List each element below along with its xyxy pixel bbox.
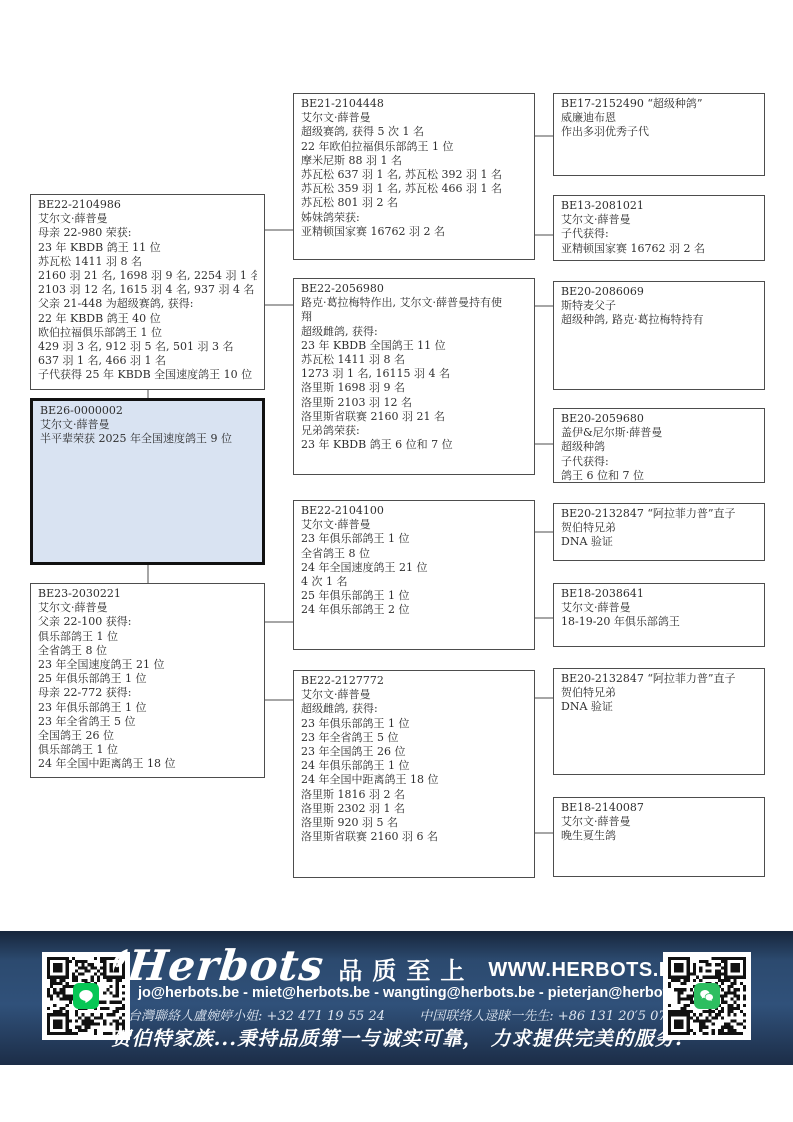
pedigree-box-ggp-8: BE18-2140087艾尔文·薛普曼晚生夏生鸽 <box>553 797 765 877</box>
pedigree-text-line: 母亲 22-980 荣获: <box>38 226 257 240</box>
pedigree-text-line: 24 年全国中距离鸽王 18 位 <box>301 773 527 787</box>
pedigree-text-line: 洛里斯 920 羽 5 名 <box>301 816 527 830</box>
pedigree-text-line: 晚生夏生鸽 <box>561 829 757 843</box>
pedigree-text-line: 2160 羽 21 名, 1698 羽 9 名, 2254 羽 1 名, <box>38 269 257 283</box>
pedigree-text-line: 苏瓦松 1411 羽 8 名 <box>301 353 527 367</box>
pedigree-text-line: 作出多羽优秀子代 <box>561 125 757 139</box>
pedigree-text-line: BE22-2104100 <box>301 504 527 518</box>
pedigree-text-line: BE20-2132847 “阿拉菲力普”直子 <box>561 507 757 521</box>
footer-banner: Herbots 品质至上 WWW.HERBOTS.BE jo@herbots.b… <box>0 931 793 1065</box>
pedigree-text-line: 母亲 22-772 获得: <box>38 686 257 700</box>
pedigree-box-granddam-maternal: BE22-2127772艾尔文·薛普曼超级雌鸽, 获得:23 年俱乐部鸽王 1 … <box>293 670 535 878</box>
pedigree-text-line: 欧伯拉福俱乐部鸽王 1 位 <box>38 326 257 340</box>
pedigree-box-father: BE22-2104986艾尔文·薛普曼母亲 22-980 荣获:23 年 KBD… <box>30 194 265 390</box>
pedigree-box-ggp-5: BE20-2132847 “阿拉菲力普”直子贺伯特兄弟DNA 验证 <box>553 503 765 561</box>
pedigree-text-line: 23 年全国速度鸽王 21 位 <box>38 658 257 672</box>
pedigree-text-line: BE18-2038641 <box>561 587 757 601</box>
footer-center-block: Herbots 品质至上 WWW.HERBOTS.BE jo@herbots.b… <box>138 931 658 1065</box>
pedigree-text-line: 俱乐部鸽王 1 位 <box>38 743 257 757</box>
pedigree-text-line: 22 年欧伯拉福俱乐部鸽王 1 位 <box>301 140 527 154</box>
pedigree-text-line: 洛里斯 1816 羽 2 名 <box>301 788 527 802</box>
pedigree-text-line: 24 年全国速度鸽王 21 位 <box>301 561 527 575</box>
pedigree-text-line: BE26-0000002 <box>40 404 255 418</box>
pedigree-text-line: 父亲 22-100 获得: <box>38 615 257 629</box>
footer-website: WWW.HERBOTS.BE <box>488 949 687 982</box>
pedigree-text-line: 637 羽 1 名, 466 羽 1 名 <box>38 354 257 368</box>
pedigree-text-line: 2103 羽 12 名, 1615 羽 4 名, 937 羽 4 名 <box>38 283 257 297</box>
pedigree-text-line: 盖伊&尼尔斯·薛普曼 <box>561 426 757 440</box>
pedigree-text-line: 25 年俱乐部鸽王 1 位 <box>301 589 527 603</box>
pedigree-text-line: 23 年全省鸽王 5 位 <box>38 715 257 729</box>
pedigree-text-line: BE21-2104448 <box>301 97 527 111</box>
pedigree-text-line: BE17-2152490 “超级种鸽” <box>561 97 757 111</box>
pedigree-text-line: 洛里斯 2103 羽 12 名 <box>301 396 527 410</box>
pedigree-text-line: 鸽王 6 位和 7 位 <box>561 469 757 483</box>
pedigree-text-line: 半平辈荣获 2025 年全国速度鸽王 9 位 <box>40 432 255 446</box>
pedigree-text-line: 亚精顿国家赛 16762 羽 2 名 <box>301 225 527 239</box>
qr-code-wechat <box>663 952 751 1040</box>
pedigree-text-line: BE20-2059680 <box>561 412 757 426</box>
pedigree-text-line: 苏瓦松 637 羽 1 名, 苏瓦松 392 羽 1 名 <box>301 168 527 182</box>
pedigree-box-grandsire-paternal: BE21-2104448艾尔文·薛普曼超级赛鸽, 获得 5 次 1 名22 年欧… <box>293 93 535 260</box>
pedigree-box-ggp-1: BE17-2152490 “超级种鸽”威廉迪布恩作出多羽优秀子代 <box>553 93 765 176</box>
pedigree-text-line: 姊妹鸽荣获: <box>301 211 527 225</box>
pedigree-text-line: 24 年全国中距离鸽王 18 位 <box>38 757 257 771</box>
pedigree-text-line: 1273 羽 1 名, 16115 羽 4 名 <box>301 367 527 381</box>
pedigree-box-ggp-2: BE13-2081021艾尔文·薛普曼子代获得:亚精顿国家赛 16762 羽 2… <box>553 195 765 261</box>
herbots-logo: Herbots <box>106 941 327 990</box>
footer-contacts: 台灣聯絡人盧婉婷小姐: +32 471 19 55 24 中国联络人逯睐一先生:… <box>128 1005 668 1024</box>
pedigree-text-line: 俱乐部鸽王 1 位 <box>38 630 257 644</box>
pedigree-box-ggp-4: BE20-2059680盖伊&尼尔斯·薛普曼超级种鸽子代获得:鸽王 6 位和 7… <box>553 408 765 483</box>
pedigree-box-subject: BE26-0000002艾尔文·薛普曼半平辈荣获 2025 年全国速度鸽王 9 … <box>30 398 265 565</box>
pedigree-text-line: 艾尔文·薛普曼 <box>561 213 757 227</box>
pedigree-text-line: 23 年全省鸽王 5 位 <box>301 731 527 745</box>
pedigree-text-line: 艾尔文·薛普曼 <box>38 601 257 615</box>
footer-slogan-cn: 品质至上 <box>338 945 474 986</box>
pedigree-box-ggp-7: BE20-2132847 “阿拉菲力普”直子贺伯特兄弟DNA 验证 <box>553 668 765 775</box>
pedigree-text-line: 翔 <box>301 310 527 324</box>
pedigree-text-line: 洛里斯省联赛 2160 羽 21 名 <box>301 410 527 424</box>
pedigree-text-line: 亚精顿国家赛 16762 羽 2 名 <box>561 242 757 256</box>
pedigree-text-line: BE22-2056980 <box>301 282 527 296</box>
pedigree-text-line: 贺伯特兄弟 <box>561 686 757 700</box>
pedigree-text-line: 24 年俱乐部鸽王 1 位 <box>301 759 527 773</box>
pedigree-text-line: 超级种鸽 <box>561 440 757 454</box>
footer-tagline: 贺伯特家族...秉持品质第一与诚实可靠， 力求提供完美的服务! <box>103 1023 693 1051</box>
pedigree-box-grandsire-maternal: BE22-2104100艾尔文·薛普曼23 年俱乐部鸽王 1 位全省鸽王 8 位… <box>293 500 535 650</box>
pedigree-text-line: 22 年 KBDB 鸽王 40 位 <box>38 312 257 326</box>
pedigree-text-line: 25 年俱乐部鸽王 1 位 <box>38 672 257 686</box>
pedigree-text-line: 超级赛鸽, 获得 5 次 1 名 <box>301 125 527 139</box>
pedigree-page: BE22-2104986艾尔文·薛普曼母亲 22-980 荣获:23 年 KBD… <box>0 0 793 1122</box>
pedigree-text-line: 苏瓦松 801 羽 2 名 <box>301 196 527 210</box>
pedigree-text-line: 23 年俱乐部鸽王 1 位 <box>301 717 527 731</box>
pedigree-box-ggp-3: BE20-2086069斯特麦父子超级种鸽, 路克·葛拉梅特持有 <box>553 281 765 390</box>
pedigree-text-line: 摩米尼斯 88 羽 1 名 <box>301 154 527 168</box>
pedigree-text-line: DNA 验证 <box>561 700 757 714</box>
pedigree-text-line: 超级雌鸽, 获得: <box>301 325 527 339</box>
pedigree-text-line: 23 年 KBDB 鸽王 6 位和 7 位 <box>301 438 527 452</box>
pedigree-text-line: BE23-2030221 <box>38 587 257 601</box>
pedigree-text-line: 23 年全国鸽王 26 位 <box>301 745 527 759</box>
pedigree-box-mother: BE23-2030221艾尔文·薛普曼父亲 22-100 获得:俱乐部鸽王 1 … <box>30 583 265 778</box>
pedigree-text-line: 艾尔文·薛普曼 <box>561 815 757 829</box>
pedigree-text-line: 23 年 KBDB 全国鸽王 11 位 <box>301 339 527 353</box>
pedigree-text-line: 洛里斯 2302 羽 1 名 <box>301 802 527 816</box>
pedigree-text-line: 4 次 1 名 <box>301 575 527 589</box>
pedigree-text-line: 全省鸽王 8 位 <box>38 644 257 658</box>
pedigree-text-line: 兄弟鸽荣获: <box>301 424 527 438</box>
pedigree-text-line: 艾尔文·薛普曼 <box>301 688 527 702</box>
pedigree-text-line: 23 年俱乐部鸽王 1 位 <box>301 532 527 546</box>
pedigree-box-ggp-6: BE18-2038641艾尔文·薛普曼18-19-20 年俱乐部鸽王 <box>553 583 765 647</box>
pedigree-text-line: 艾尔文·薛普曼 <box>301 518 527 532</box>
footer-emails: jo@herbots.be - miet@herbots.be - wangti… <box>138 985 658 1001</box>
pedigree-text-line: BE20-2086069 <box>561 285 757 299</box>
pedigree-text-line: 路克·葛拉梅特作出, 艾尔文·薛普曼持有使 <box>301 296 527 310</box>
pedigree-text-line: 全国鸽王 26 位 <box>38 729 257 743</box>
pedigree-text-line: 子代获得 25 年 KBDB 全国速度鸽王 10 位 <box>38 368 257 382</box>
pedigree-text-line: 威廉迪布恩 <box>561 111 757 125</box>
pedigree-text-line: BE22-2127772 <box>301 674 527 688</box>
pedigree-text-line: 贺伯特兄弟 <box>561 521 757 535</box>
pedigree-text-line: 斯特麦父子 <box>561 299 757 313</box>
pedigree-text-line: BE18-2140087 <box>561 801 757 815</box>
pedigree-box-granddam-paternal: BE22-2056980路克·葛拉梅特作出, 艾尔文·薛普曼持有使翔超级雌鸽, … <box>293 278 535 475</box>
pedigree-text-line: 18-19-20 年俱乐部鸽王 <box>561 615 757 629</box>
pedigree-text-line: 艾尔文·薛普曼 <box>38 212 257 226</box>
pedigree-text-line: 子代获得: <box>561 455 757 469</box>
wechat-icon <box>694 983 720 1009</box>
pedigree-text-line: 艾尔文·薛普曼 <box>561 601 757 615</box>
pedigree-text-line: 苏瓦松 359 羽 1 名, 苏瓦松 466 羽 1 名 <box>301 182 527 196</box>
pedigree-text-line: 艾尔文·薛普曼 <box>301 111 527 125</box>
pedigree-text-line: 洛里斯 1698 羽 9 名 <box>301 381 527 395</box>
pedigree-text-line: 429 羽 3 名, 912 羽 5 名, 501 羽 3 名 <box>38 340 257 354</box>
pedigree-text-line: 艾尔文·薛普曼 <box>40 418 255 432</box>
pedigree-text-line: 超级雌鸽, 获得: <box>301 702 527 716</box>
footer-contact-china: 中国联络人逯睐一先生: +86 131 20′5 0755 <box>419 1009 683 1024</box>
pedigree-text-line: 子代获得: <box>561 227 757 241</box>
pedigree-text-line: BE13-2081021 <box>561 199 757 213</box>
pedigree-text-line: 超级种鸽, 路克·葛拉梅特持有 <box>561 313 757 327</box>
footer-contact-taiwan: 台灣聯絡人盧婉婷小姐: +32 471 19 55 24 <box>128 1009 385 1024</box>
pedigree-text-line: BE22-2104986 <box>38 198 257 212</box>
pedigree-text-line: DNA 验证 <box>561 535 757 549</box>
pedigree-text-line: 苏瓦松 1411 羽 8 名 <box>38 255 257 269</box>
pedigree-text-line: 24 年俱乐部鸽王 2 位 <box>301 603 527 617</box>
line-chat-icon <box>73 983 99 1009</box>
pedigree-text-line: 23 年 KBDB 鸽王 11 位 <box>38 241 257 255</box>
pedigree-text-line: 全省鸽王 8 位 <box>301 547 527 561</box>
pedigree-text-line: 23 年俱乐部鸽王 1 位 <box>38 701 257 715</box>
pedigree-text-line: 父亲 21-448 为超级赛鸽, 获得: <box>38 297 257 311</box>
pedigree-text-line: BE20-2132847 “阿拉菲力普”直子 <box>561 672 757 686</box>
pedigree-text-line: 洛里斯省联赛 2160 羽 6 名 <box>301 830 527 844</box>
